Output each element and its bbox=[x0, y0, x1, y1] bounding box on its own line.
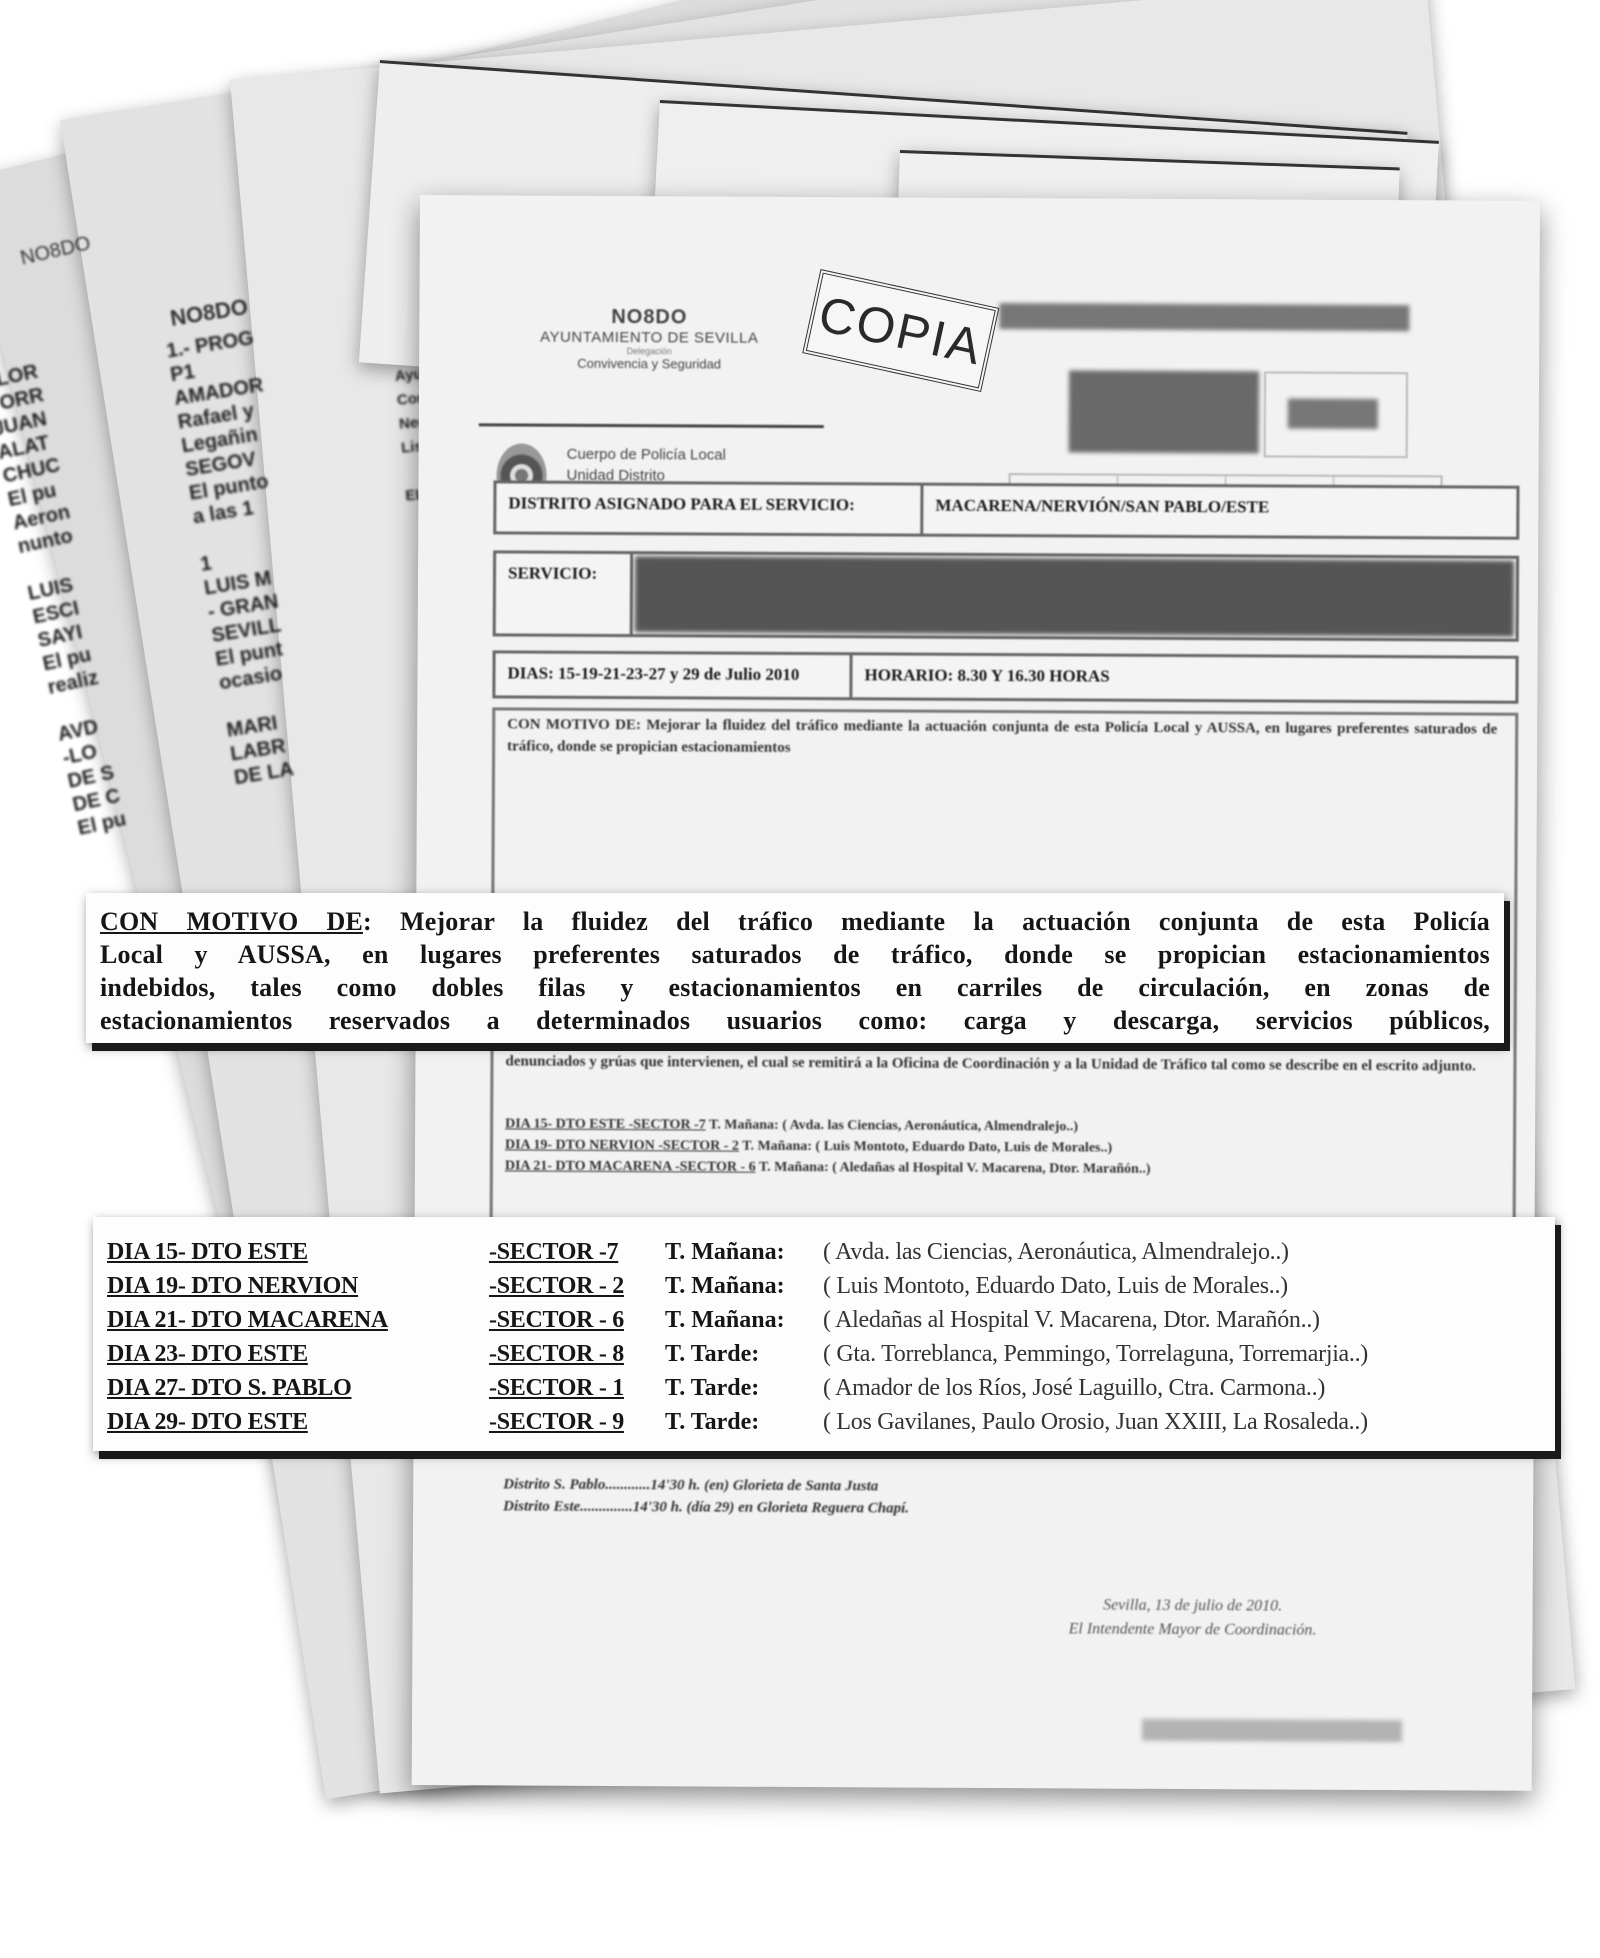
schedule-row: DIA 27- DTO S. PABLO-SECTOR - 1T. Tarde:… bbox=[107, 1371, 1555, 1405]
schedule-day: DIA 29- DTO ESTE bbox=[107, 1405, 489, 1439]
redacted-title bbox=[999, 303, 1409, 331]
schedule-small-row: DIA 21- DTO MACARENA -SECTOR - 6 T. Maña… bbox=[505, 1155, 1151, 1179]
schedule-sector: -SECTOR -7 bbox=[489, 1235, 665, 1269]
area-name: Convivencia y Seguridad bbox=[529, 356, 769, 372]
servicio-label: SERVICIO: bbox=[496, 553, 633, 634]
signature-date: Sevilla, 13 de julio de 2010. bbox=[983, 1593, 1403, 1619]
schedule-shift: T. Tarde: bbox=[665, 1405, 823, 1439]
schedule-sector: -SECTOR - 9 bbox=[489, 1405, 665, 1439]
schedule-shift: T. Mañana: bbox=[665, 1269, 823, 1303]
motivo-small-text: CON MOTIVO DE: Mejorar la fluidez del tr… bbox=[507, 713, 1497, 762]
schedule-streets: ( Gta. Torreblanca, Pemmingo, Torrelagun… bbox=[823, 1337, 1368, 1371]
highlight-schedule-panel: DIA 15- DTO ESTE-SECTOR -7T. Mañana:( Av… bbox=[93, 1217, 1555, 1451]
redacted-box bbox=[1264, 371, 1408, 458]
schedule-shift: T. Mañana: bbox=[665, 1303, 823, 1337]
meeting-este: Distrito Este..............14'30 h. (día… bbox=[503, 1495, 909, 1519]
letterhead: NO8DO AYUNTAMIENTO DE SEVILLA Delegación… bbox=[529, 306, 769, 372]
meeting-partial: Distrito S. Pablo............14'30 h. (e… bbox=[503, 1473, 909, 1497]
redacted-signature bbox=[1142, 1719, 1402, 1742]
horario-value: HORARIO: 8.30 Y 16.30 HORAS bbox=[852, 655, 1121, 698]
schedule-row: DIA 15- DTO ESTE-SECTOR -7T. Mañana:( Av… bbox=[107, 1235, 1555, 1269]
motivo-line: estacionamientos reservados a determinad… bbox=[100, 1004, 1490, 1037]
schedule-streets: ( Luis Montoto, Eduardo Dato, Luis de Mo… bbox=[823, 1269, 1288, 1303]
schedule-sector: -SECTOR - 6 bbox=[489, 1303, 665, 1337]
schedule-sector: -SECTOR - 1 bbox=[489, 1371, 665, 1405]
schedule-row: DIA 23- DTO ESTE-SECTOR - 8T. Tarde:( Gt… bbox=[107, 1337, 1555, 1371]
corps-name: Cuerpo de Policía Local bbox=[567, 444, 741, 466]
letterhead-divider bbox=[479, 423, 824, 428]
motivo-label: CON MOTIVO DE bbox=[100, 907, 363, 936]
schedule-shift: T. Mañana: bbox=[665, 1235, 823, 1269]
schedule-row: DIA 21- DTO MACARENA-SECTOR - 6T. Mañana… bbox=[107, 1303, 1555, 1337]
signature-block: Sevilla, 13 de julio de 2010. El Intende… bbox=[982, 1593, 1402, 1643]
schedule-row: DIA 29- DTO ESTE-SECTOR - 9T. Tarde:( Lo… bbox=[107, 1405, 1555, 1439]
schedule-day: DIA 15- DTO ESTE bbox=[107, 1235, 489, 1269]
redacted-servicio bbox=[635, 556, 1514, 637]
motivo-line: Local y AUSSA, en lugares preferentes sa… bbox=[100, 938, 1490, 971]
distrito-label: DISTRITO ASIGNADO PARA EL SERVICIO: bbox=[496, 483, 923, 533]
distrito-row: DISTRITO ASIGNADO PARA EL SERVICIO: MACA… bbox=[493, 480, 1519, 539]
schedule-sector: -SECTOR - 2 bbox=[489, 1269, 665, 1303]
redacted-box bbox=[1069, 370, 1259, 453]
schedule-day: DIA 19- DTO NERVION bbox=[107, 1269, 489, 1303]
schedule-small: DIA 15- DTO ESTE -SECTOR -7 T. Mañana: (… bbox=[505, 1113, 1151, 1179]
photo-stage: NO8DO ELOR TORR JUAN ALAT CHUC El pu Aer… bbox=[0, 0, 1600, 1958]
schedule-streets: ( Amador de los Ríos, José Laguillo, Ctr… bbox=[823, 1371, 1325, 1405]
meeting-points: Distrito S. Pablo............14'30 h. (e… bbox=[503, 1473, 909, 1519]
highlight-motivo-panel: CON MOTIVO DE: Mejorar la fluidez del tr… bbox=[86, 893, 1504, 1043]
servicio-row: SERVICIO: bbox=[493, 550, 1519, 641]
schedule-day: DIA 27- DTO S. PABLO bbox=[107, 1371, 489, 1405]
schedule-day: DIA 21- DTO MACARENA bbox=[107, 1303, 489, 1337]
schedule-day: DIA 23- DTO ESTE bbox=[107, 1337, 489, 1371]
schedule-streets: ( Avda. las Ciencias, Aeronáutica, Almen… bbox=[823, 1235, 1289, 1269]
schedule-streets: ( Aledañas al Hospital V. Macarena, Dtor… bbox=[823, 1303, 1320, 1337]
schedule-shift: T. Tarde: bbox=[665, 1371, 823, 1405]
schedule-shift: T. Tarde: bbox=[665, 1337, 823, 1371]
dias-value: DIAS: 15-19-21-23-27 y 29 de Julio 2010 bbox=[495, 653, 852, 697]
schedule-streets: ( Los Gavilanes, Paulo Orosio, Juan XXII… bbox=[823, 1405, 1368, 1439]
city-name: AYUNTAMIENTO DE SEVILLA bbox=[529, 329, 769, 347]
motivo-line: indebidos, tales como dobles filas y est… bbox=[100, 971, 1490, 1004]
distrito-value: MACARENA/NERVIÓN/SAN PABLO/ESTE bbox=[923, 486, 1281, 536]
schedule-row: DIA 19- DTO NERVION-SECTOR - 2T. Mañana:… bbox=[107, 1269, 1555, 1303]
dias-row: DIAS: 15-19-21-23-27 y 29 de Julio 2010 … bbox=[492, 650, 1518, 703]
schedule-sector: -SECTOR - 8 bbox=[489, 1337, 665, 1371]
signature-title: El Intendente Mayor de Coordinación. bbox=[982, 1617, 1402, 1643]
city-motto: NO8DO bbox=[529, 306, 769, 330]
motivo-line: CON MOTIVO DE: Mejorar la fluidez del tr… bbox=[100, 905, 1490, 938]
